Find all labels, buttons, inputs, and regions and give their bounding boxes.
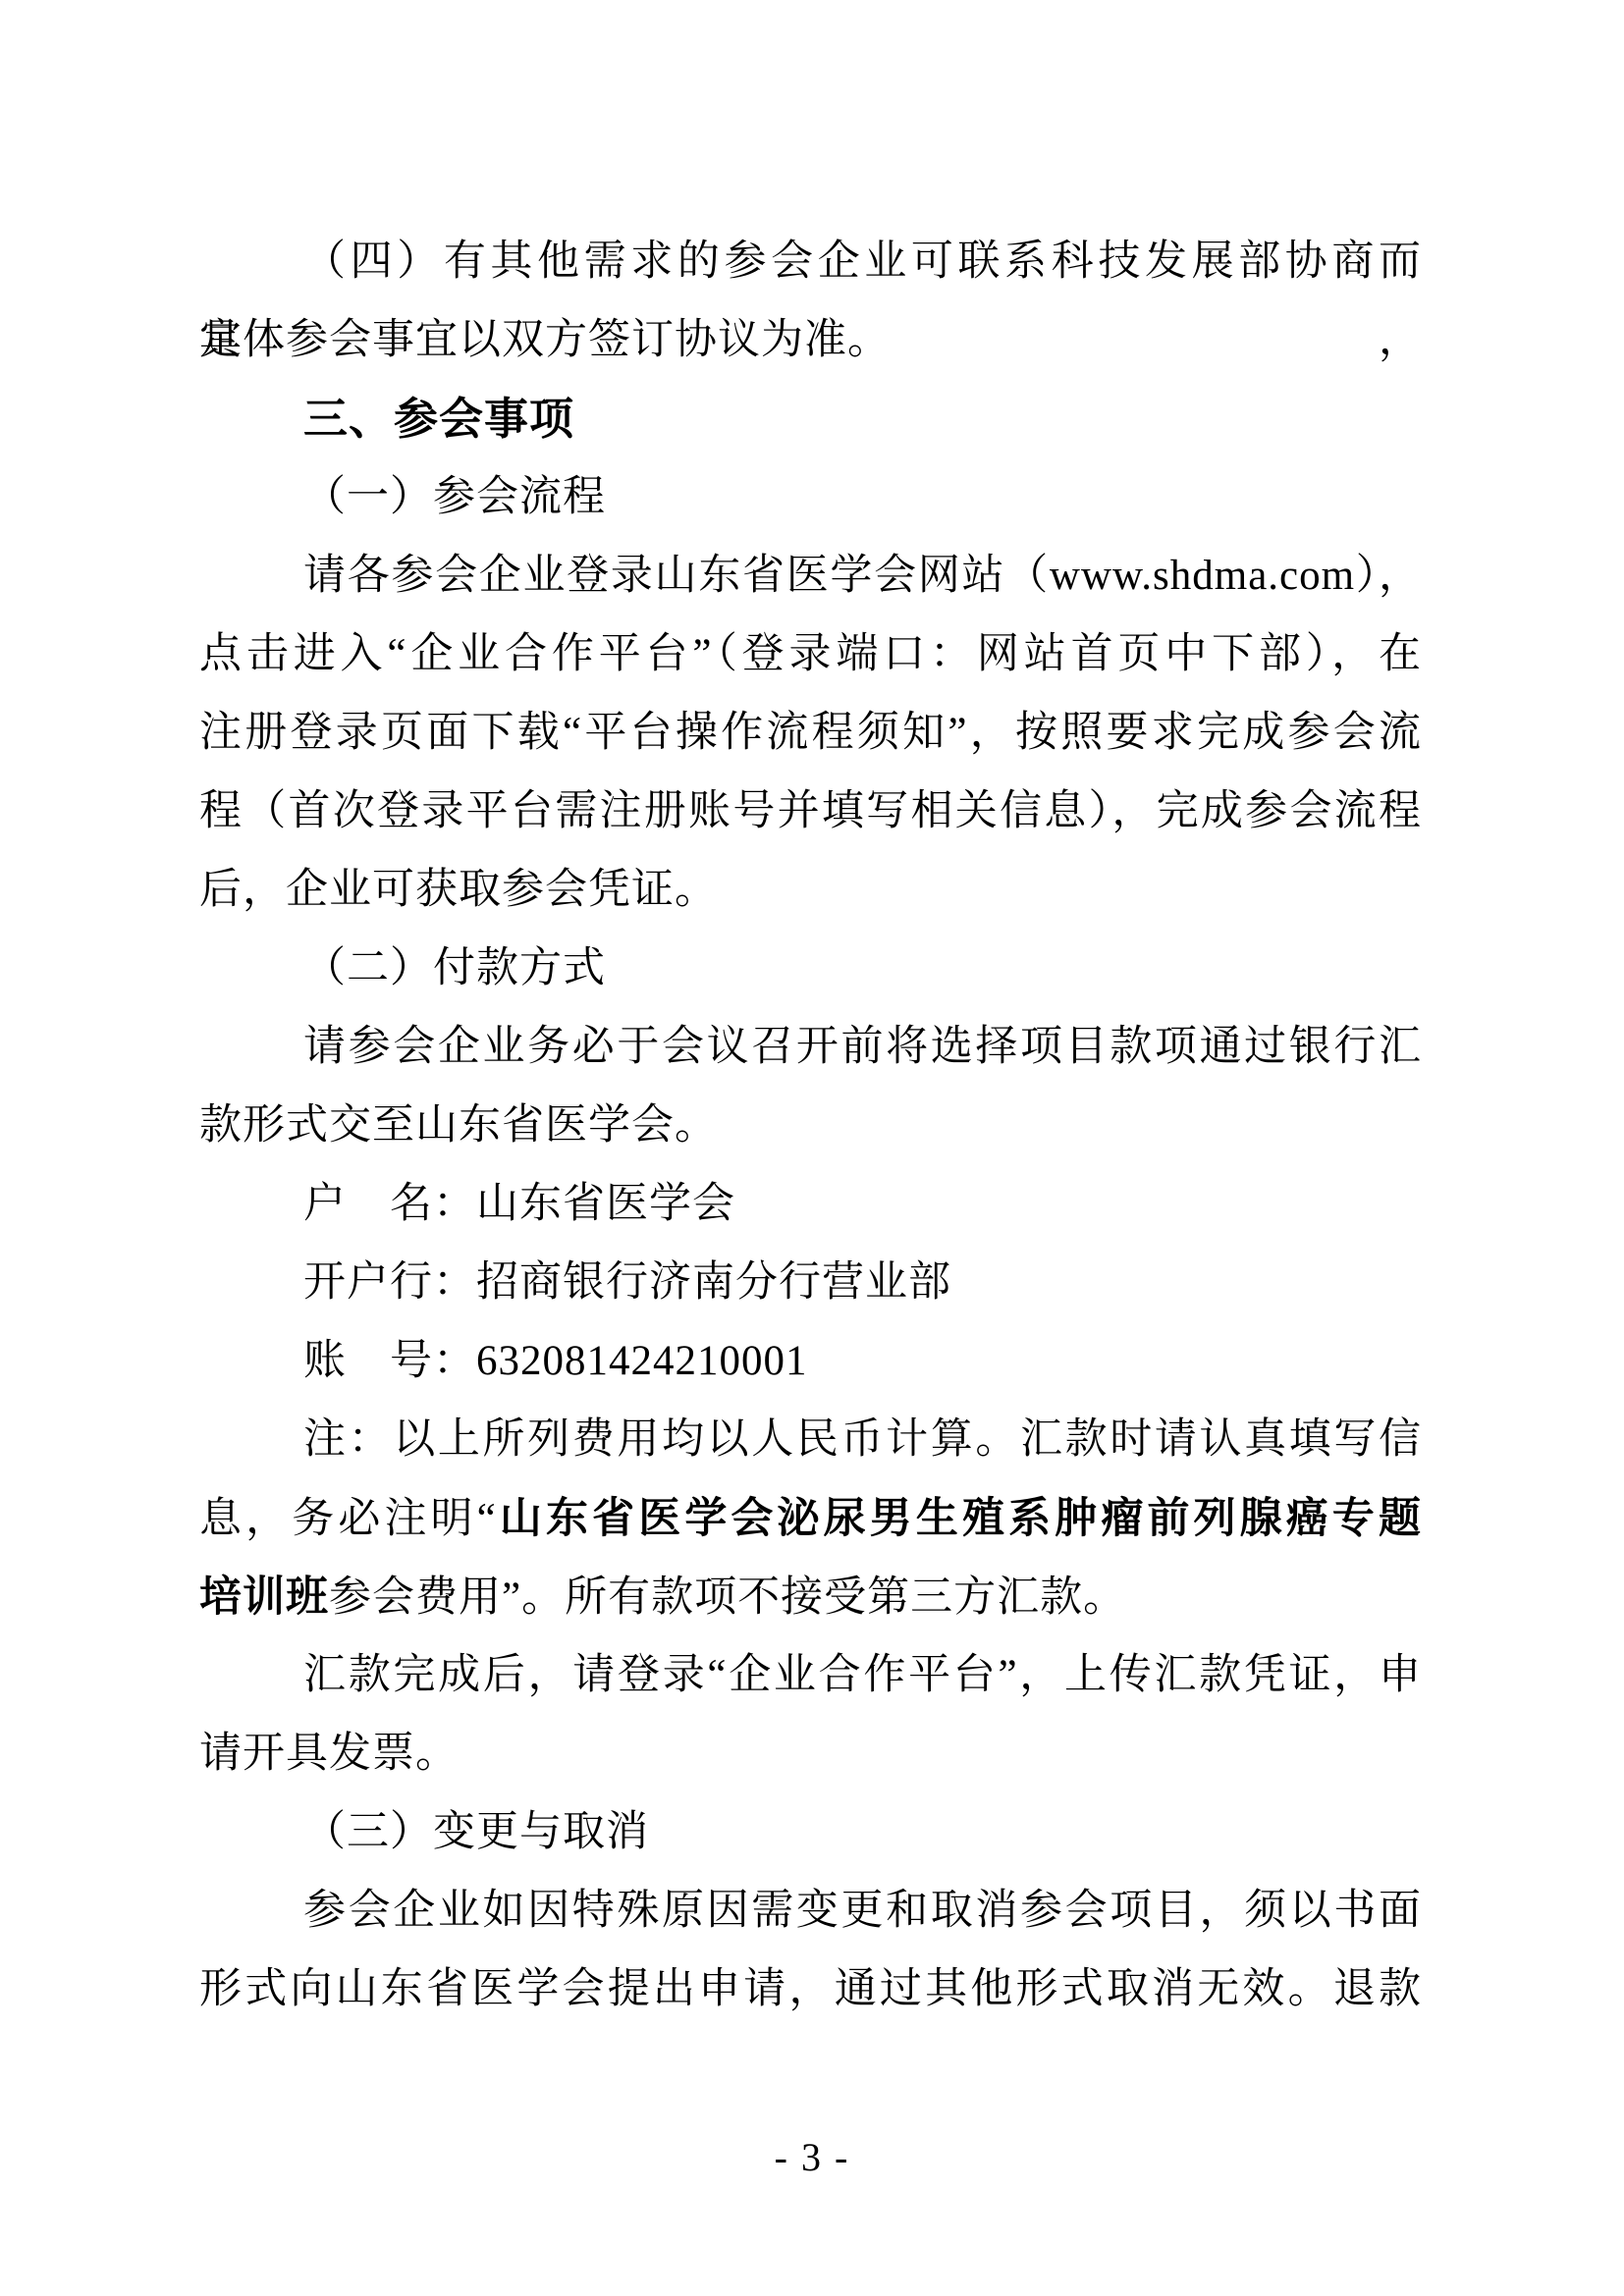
text-run: （一）参会流程: [303, 474, 606, 520]
text-line: 注册登录页面下载“平台操作流程须知”，按照要求完成参会流: [199, 694, 1422, 773]
text-line: 息，务必注明“山东省医学会泌尿男生殖系肿瘤前列腺癌专题: [199, 1479, 1422, 1558]
text-run: 息，务必注明“: [199, 1496, 497, 1542]
text-run: 请各参会企业登录山东省医学会网站（www.shdma.com），: [303, 553, 1422, 599]
text-line: 户 名：山东省医学会: [199, 1165, 1422, 1244]
bold-text-run: 山东省医学会泌尿男生殖系肿瘤前列腺癌专题: [497, 1495, 1422, 1542]
text-line: 点击进入“企业合作平台”（登录端口：网站首页中下部），在: [199, 615, 1422, 694]
text-run: 请开具发票。: [199, 1731, 459, 1777]
bold-text-run: 培训班: [199, 1574, 329, 1621]
text-line: 后，企业可获取参会凭证。: [199, 851, 1422, 930]
text-run: 汇款完成后，请登录“企业合作平台”，上传汇款凭证，申: [303, 1652, 1422, 1698]
text-run: 参会企业如因特殊原因需变更和取消参会项目，须以书面: [303, 1888, 1422, 1934]
text-run: 注册登录页面下载“平台操作流程须知”，按照要求完成参会流: [199, 710, 1422, 756]
section-heading: 三、参会事项: [199, 380, 1422, 458]
text-run: 户 名：山东省医学会: [303, 1181, 735, 1227]
text-line: （三）变更与取消: [199, 1793, 1422, 1872]
text-run: 程（首次登录平台需注册账号并填写相关信息），完成参会流程: [199, 788, 1422, 834]
text-run: 具体参会事宜以双方签订协议为准。: [199, 317, 891, 363]
text-line: 注：以上所列费用均以人民币计算。汇款时请认真填写信: [199, 1401, 1422, 1479]
text-run: 参会费用”。所有款项不接受第三方汇款。: [329, 1575, 1126, 1621]
text-line: 开户行：招商银行济南分行营业部: [199, 1244, 1422, 1322]
text-line: 款形式交至山东省医学会。: [199, 1087, 1422, 1165]
text-run: 形式向山东省医学会提出申请，通过其他形式取消无效。退款: [199, 1966, 1422, 2012]
text-run: 注：以上所列费用均以人民币计算。汇款时请认真填写信: [303, 1416, 1422, 1463]
text-line: 形式向山东省医学会提出申请，通过其他形式取消无效。退款: [199, 1950, 1422, 2029]
text-run: （三）变更与取消: [303, 1809, 649, 1855]
text-run: 请参会企业务必于会议召开前将选择项目款项通过银行汇: [303, 1024, 1422, 1070]
text-line: 请参会企业务必于会议召开前将选择项目款项通过银行汇: [199, 1008, 1422, 1087]
text-run: 点击进入“企业合作平台”（登录端口：网站首页中下部），在: [199, 631, 1422, 677]
text-line: （二）付款方式: [199, 930, 1422, 1008]
text-line: （一）参会流程: [199, 458, 1422, 537]
text-line: 程（首次登录平台需注册账号并填写相关信息），完成参会流程: [199, 773, 1422, 851]
text-run: 账 号：632081424210001: [303, 1338, 808, 1384]
text-line: 汇款完成后，请登录“企业合作平台”，上传汇款凭证，申: [199, 1636, 1422, 1715]
text-run: 后，企业可获取参会凭证。: [199, 867, 718, 913]
text-line: 请开具发票。: [199, 1715, 1422, 1793]
document-body: （四）有其他需求的参会企业可联系科技发展部协商而定，具体参会事宜以双方签订协议为…: [199, 223, 1422, 2029]
text-line: 参会企业如因特殊原因需变更和取消参会项目，须以书面: [199, 1872, 1422, 1950]
text-run: （二）付款方式: [303, 945, 606, 991]
text-run: 款形式交至山东省医学会。: [199, 1102, 718, 1148]
text-line: 账 号：632081424210001: [199, 1322, 1422, 1401]
text-line: （四）有其他需求的参会企业可联系科技发展部协商而定，: [199, 223, 1422, 301]
text-line: 请各参会企业登录山东省医学会网站（www.shdma.com），: [199, 537, 1422, 615]
text-run: 开户行：招商银行济南分行营业部: [303, 1259, 951, 1306]
bold-text-run: 三、参会事项: [303, 394, 574, 444]
text-line: 培训班参会费用”。所有款项不接受第三方汇款。: [199, 1558, 1422, 1636]
page-number: - 3 -: [0, 2128, 1624, 2187]
document-page: （四）有其他需求的参会企业可联系科技发展部协商而定，具体参会事宜以双方签订协议为…: [0, 0, 1624, 2296]
